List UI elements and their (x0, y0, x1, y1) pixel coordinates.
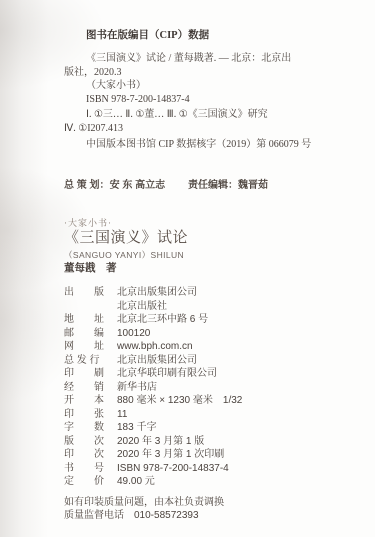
colophon-value: 2020 年 3 月第 1 次印刷 (117, 448, 224, 462)
cip-classification: Ⅰ. ①三… Ⅱ. ①董… Ⅲ. ①《三国演义》研究 Ⅳ. ①I207.413 (64, 108, 357, 135)
colophon-label: 版 次 (64, 435, 108, 449)
cip-description: 《三国演义》试论 / 董每戡著. — 北京：北京出 版社，2020.3 （大家小… (64, 52, 357, 106)
colophon-row: 字 数183 千字 (64, 421, 357, 435)
colophon-value: ISBN 978-7-200-14837-4 (117, 462, 229, 476)
cip-line: 版社，2020.3 (64, 66, 357, 80)
colophon-label: 出 版 (64, 286, 108, 300)
cip-line: （大家小书） (86, 79, 357, 93)
cip-line: 《三国演义》试论 / 董每戡著. — 北京：北京出 (86, 52, 357, 66)
book-author: 董每戡 著 (64, 262, 357, 275)
colophon-label: 书 号 (64, 462, 108, 476)
colophon-row: 定 价49.00 元 (64, 475, 357, 489)
colophon-value: 新华书店 (117, 381, 157, 395)
colophon-label: 印 次 (64, 448, 108, 462)
colophon-row: 北京出版社 (64, 300, 357, 314)
colophon-label: 总 发 行 (64, 354, 108, 368)
colophon-value: 183 千字 (117, 421, 156, 435)
cip-record-number: 中国版本图书馆 CIP 数据核字（2019）第 066079 号 (86, 138, 357, 152)
colophon-label: 邮 编 (64, 327, 108, 341)
colophon-value: 北京出版集团公司 (117, 286, 197, 300)
book-title: 《三国演义》试论 (64, 229, 357, 248)
book-copyright-page: 图书在版编目（CIP）数据 《三国演义》试论 / 董每戡著. — 北京：北京出 … (0, 0, 375, 537)
colophon-row: 印 刷北京华联印刷有限公司 (64, 367, 357, 381)
colophon-value: 49.00 元 (117, 475, 155, 489)
colophon-row: 版 次2020 年 3 月第 1 版 (64, 435, 357, 449)
page-content: 图书在版编目（CIP）数据 《三国演义》试论 / 董每戡著. — 北京：北京出 … (64, 0, 357, 523)
colophon-row: 经 销新华书店 (64, 381, 357, 395)
chief-planner-label: 总 策 划： (64, 180, 110, 191)
staff-credits: 总 策 划：安 东 高立志责任编辑：魏晋茹 (64, 179, 357, 193)
cip-isbn: ISBN 978-7-200-14837-4 (86, 93, 357, 107)
colophon-label: 定 价 (64, 475, 108, 489)
colophon-row: 书 号ISBN 978-7-200-14837-4 (64, 462, 357, 476)
colophon-row: 印 次2020 年 3 月第 1 次印刷 (64, 448, 357, 462)
colophon-label: 印 刷 (64, 367, 108, 381)
colophon-row: 地 址北京北三环中路 6 号 (64, 313, 357, 327)
colophon-value: 2020 年 3 月第 1 版 (117, 435, 204, 449)
colophon-label: 字 数 (64, 421, 108, 435)
quality-notice: 如有印装质量问题，由本社负责调换 质量监督电话 010-58572393 (64, 496, 357, 523)
colophon-row: 开 本880 毫米 × 1230 毫米 1/32 (64, 394, 357, 408)
series-mark: ·大家小书· (64, 218, 357, 229)
colophon-value: 北京北三环中路 6 号 (117, 313, 208, 327)
colophon-table: 出 版北京出版集团公司 北京出版社 地 址北京北三环中路 6 号 邮 编1001… (64, 286, 357, 489)
cip-classification-line: Ⅳ. ①I207.413 (64, 122, 357, 136)
cip-header: 图书在版编目（CIP）数据 (86, 29, 357, 43)
colophon-row: 网 址www.bph.com.cn (64, 340, 357, 354)
quality-notice-line: 如有印装质量问题，由本社负责调换 (64, 496, 357, 510)
editor-label: 责任编辑： (188, 180, 238, 191)
colophon-row: 出 版北京出版集团公司 (64, 286, 357, 300)
colophon-row: 邮 编100120 (64, 327, 357, 341)
editor-name: 魏晋茹 (238, 180, 268, 191)
colophon-value: 北京出版集团公司 (117, 354, 197, 368)
colophon-value: 北京出版社 (117, 300, 167, 314)
colophon-value: 11 (117, 408, 127, 422)
colophon-label: 印 张 (64, 408, 108, 422)
colophon-label: 地 址 (64, 313, 108, 327)
colophon-label (64, 300, 108, 314)
colophon-value: 880 毫米 × 1230 毫米 1/32 (117, 394, 242, 408)
colophon-label: 经 销 (64, 381, 108, 395)
editor-credit: 责任编辑：魏晋茹 (188, 180, 268, 191)
colophon-row: 总 发 行北京出版集团公司 (64, 354, 357, 368)
book-title-pinyin: （SANGUO YANYI）SHILUN (64, 250, 357, 261)
cip-classification-line: Ⅰ. ①三… Ⅱ. ①董… Ⅲ. ①《三国演义》研究 (86, 108, 357, 122)
colophon-label: 开 本 (64, 394, 108, 408)
quality-phone-line: 质量监督电话 010-58572393 (64, 509, 357, 523)
colophon-value: 100120 (117, 327, 150, 341)
colophon-value: www.bph.com.cn (117, 340, 193, 354)
colophon-row: 印 张11 (64, 408, 357, 422)
chief-planner-names: 安 东 高立志 (110, 180, 166, 191)
colophon-value: 北京华联印刷有限公司 (117, 367, 217, 381)
colophon-label: 网 址 (64, 340, 108, 354)
chief-planner-credit: 总 策 划：安 东 高立志 (64, 179, 188, 193)
